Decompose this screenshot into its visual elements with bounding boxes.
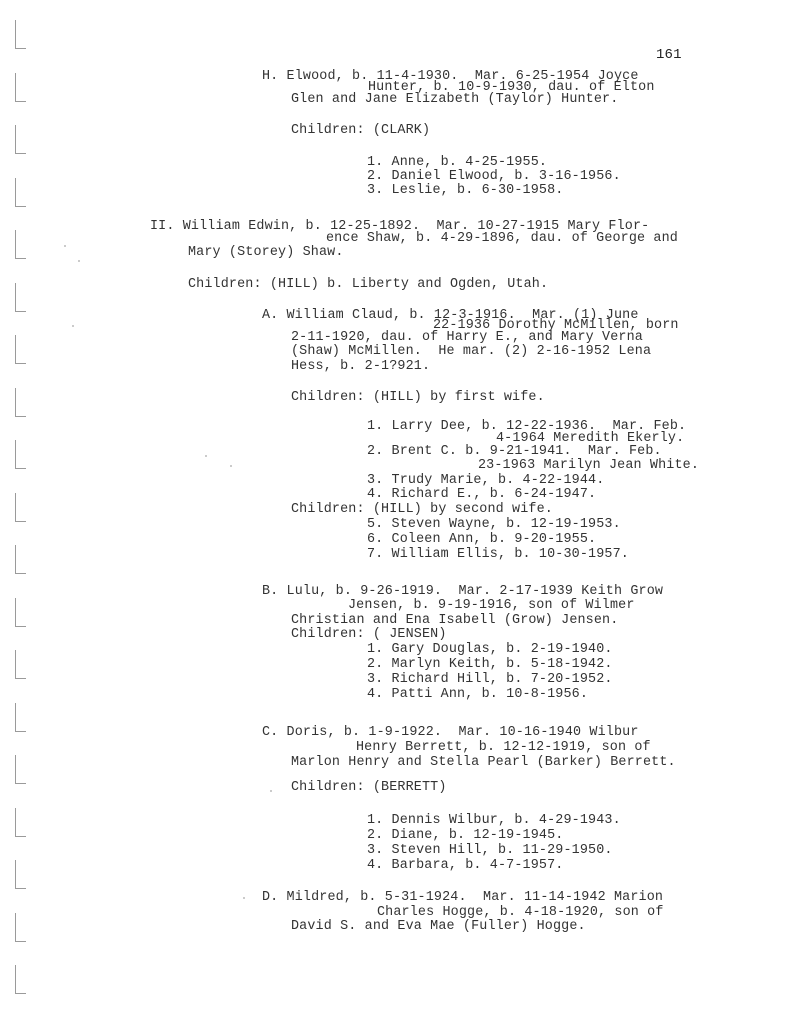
children-heading: Children: (HILL) by first wife. xyxy=(291,391,545,405)
child-item: 3. Leslie, b. 6-30-1958. xyxy=(367,184,563,198)
entry-b-line: Christian and Ena Isabell (Grow) Jensen. xyxy=(291,614,618,628)
margin-bracket-mark xyxy=(15,808,26,837)
children-heading: Children: ( JENSEN) xyxy=(291,628,447,642)
margin-bracket-mark xyxy=(15,335,26,364)
page-number: 161 xyxy=(656,48,682,62)
margin-bracket-mark xyxy=(15,440,26,469)
margin-bracket-mark xyxy=(15,178,26,207)
scan-speck xyxy=(64,245,66,247)
entry-c-line: Marlon Henry and Stella Pearl (Barker) B… xyxy=(291,756,676,770)
entry-a-line: 2-11-1920, dau. of Harry E., and Mary Ve… xyxy=(291,331,643,345)
margin-bracket-mark xyxy=(15,598,26,627)
entry-d-line: Charles Hogge, b. 4-18-1920, son of xyxy=(377,906,664,920)
entry-c-line: C. Doris, b. 1-9-1922. Mar. 10-16-1940 W… xyxy=(262,726,639,740)
margin-bracket-mark xyxy=(15,493,26,522)
scan-speck xyxy=(270,790,272,792)
child-item: 1. Anne, b. 4-25-1955. xyxy=(367,156,547,170)
entry-d-line: D. Mildred, b. 5-31-1924. Mar. 11-14-194… xyxy=(262,891,663,905)
scan-speck xyxy=(230,465,232,467)
child-item: 2. Brent C. b. 9-21-1941. Mar. Feb. xyxy=(367,445,662,459)
children-heading: Children: (HILL) by second wife. xyxy=(291,503,553,517)
entry-a-line: Hess, b. 2-1?921. xyxy=(291,360,430,374)
margin-bracket-mark xyxy=(15,125,26,154)
child-item: 4. Barbara, b. 4-7-1957. xyxy=(367,859,563,873)
margin-bracket-mark xyxy=(15,545,26,574)
children-heading: Children: (CLARK) xyxy=(291,124,430,138)
child-item: 2. Diane, b. 12-19-1945. xyxy=(367,829,563,843)
entry-c-line: Henry Berrett, b. 12-12-1919, son of xyxy=(356,741,651,755)
margin-bracket-mark xyxy=(15,73,26,102)
child-item: 3. Trudy Marie, b. 4-22-1944. xyxy=(367,474,604,488)
entry-b-line: Jensen, b. 9-19-1916, son of Wilmer xyxy=(348,599,635,613)
child-item: 6. Coleen Ann, b. 9-20-1955. xyxy=(367,533,596,547)
child-item: 2. Daniel Elwood, b. 3-16-1956. xyxy=(367,170,621,184)
scan-speck xyxy=(205,455,207,457)
scan-speck xyxy=(78,260,80,262)
scan-speck xyxy=(72,325,74,327)
margin-bracket-mark xyxy=(15,230,26,259)
child-item: 5. Steven Wayne, b. 12-19-1953. xyxy=(367,518,621,532)
margin-bracket-mark xyxy=(15,965,26,994)
binder-margin-marks xyxy=(0,0,40,1023)
entry-ii-line: ence Shaw, b. 4-29-1896, dau. of George … xyxy=(326,232,678,246)
margin-bracket-mark xyxy=(15,913,26,942)
child-item: 3. Steven Hill, b. 11-29-1950. xyxy=(367,844,613,858)
child-item: 23-1963 Marilyn Jean White. xyxy=(478,459,699,473)
entry-b-line: B. Lulu, b. 9-26-1919. Mar. 2-17-1939 Ke… xyxy=(262,585,663,599)
entry-d-line: David S. and Eva Mae (Fuller) Hogge. xyxy=(291,920,586,934)
child-item: 1. Gary Douglas, b. 2-19-1940. xyxy=(367,643,613,657)
child-item: 1. Dennis Wilbur, b. 4-29-1943. xyxy=(367,814,621,828)
child-item: 2. Marlyn Keith, b. 5-18-1942. xyxy=(367,658,613,672)
child-item: 3. Richard Hill, b. 7-20-1952. xyxy=(367,673,613,687)
margin-bracket-mark xyxy=(15,20,26,49)
margin-bracket-mark xyxy=(15,650,26,679)
margin-bracket-mark xyxy=(15,755,26,784)
entry-a-line: (Shaw) McMillen. He mar. (2) 2-16-1952 L… xyxy=(291,345,651,359)
children-heading: Children: (BERRETT) xyxy=(291,781,447,795)
margin-bracket-mark xyxy=(15,703,26,732)
document-page: 161 H. Elwood, b. 11-4-1930. Mar. 6-25-1… xyxy=(0,0,791,1023)
scan-speck xyxy=(243,897,245,899)
margin-bracket-mark xyxy=(15,388,26,417)
children-heading: Children: (HILL) b. Liberty and Ogden, U… xyxy=(188,278,548,292)
margin-bracket-mark xyxy=(15,860,26,889)
child-item: 4. Patti Ann, b. 10-8-1956. xyxy=(367,688,588,702)
child-item: 7. William Ellis, b. 10-30-1957. xyxy=(367,548,629,562)
entry-ii-line: Mary (Storey) Shaw. xyxy=(188,246,344,260)
margin-bracket-mark xyxy=(15,283,26,312)
entry-h-line: Glen and Jane Elizabeth (Taylor) Hunter. xyxy=(291,93,618,107)
child-item: 4. Richard E., b. 6-24-1947. xyxy=(367,488,596,502)
